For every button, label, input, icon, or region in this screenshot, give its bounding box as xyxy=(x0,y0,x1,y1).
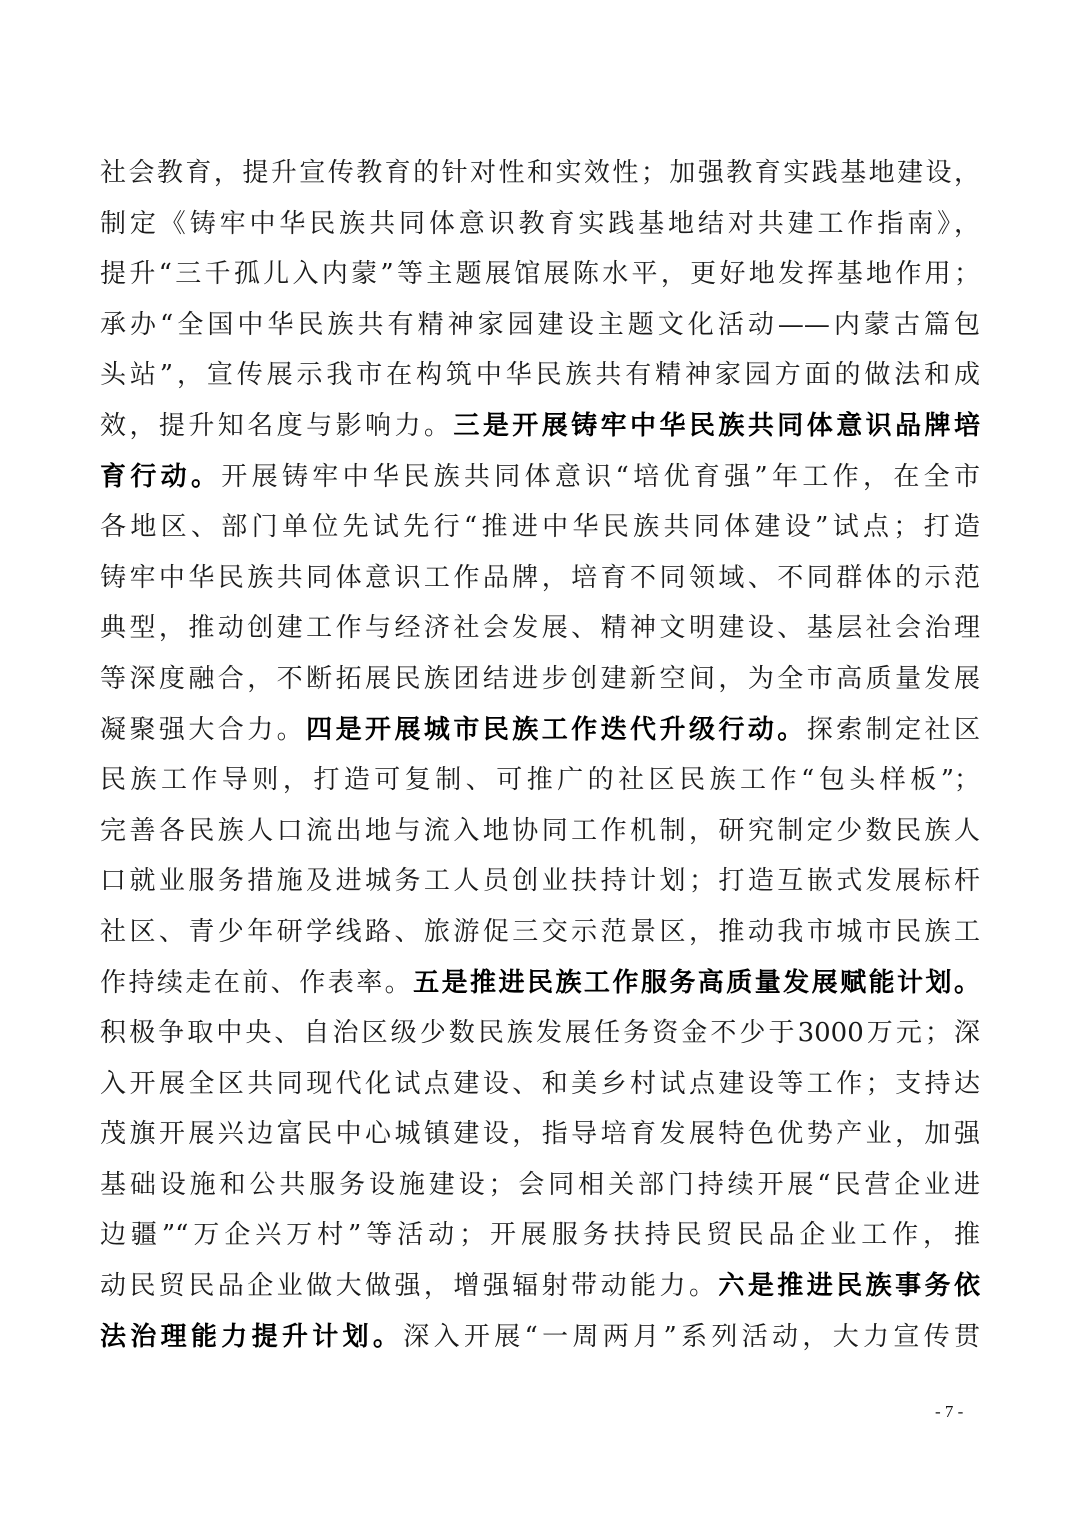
body-text-segment: 口就业服务措施及进城务工人员创业扶持计划；打造互嵌式发展标杆 xyxy=(100,866,980,896)
text-line: 口就业服务措施及进城务工人员创业扶持计划；打造互嵌式发展标杆 xyxy=(100,862,980,913)
text-line: 积极争取中央、自治区级少数民族发展任务资金不少于3000万元；深 xyxy=(100,1014,980,1065)
body-text-segment: 各地区、部门单位先试先行“推进中华民族共同体建设”试点；打造 xyxy=(100,512,980,542)
bold-heading-text: 三是开展铸牢中华民族共同体意识品牌培 xyxy=(453,411,980,441)
body-text-segment: 入开展全区共同现代化试点建设、和美乡村试点建设等工作；支持达 xyxy=(100,1069,980,1099)
text-line: 等深度融合，不断拓展民族团结进步创建新空间，为全市高质量发展 xyxy=(100,660,980,711)
text-line: 制定《铸牢中华民族共同体意识教育实践基地结对共建工作指南》， xyxy=(100,205,980,256)
text-line: 凝聚强大合力。四是开展城市民族工作迭代升级行动。探索制定社区 xyxy=(100,711,980,762)
text-line: 作持续走在前、作表率。五是推进民族工作服务高质量发展赋能计划。 xyxy=(100,964,980,1015)
bold-heading-text: 四是开展城市民族工作迭代升级行动。 xyxy=(306,715,807,745)
body-text-segment: 开展铸牢中华民族共同体意识“培优育强”年工作，在全市 xyxy=(221,462,980,492)
text-line: 动民贸民品企业做大做强，增强辐射带动能力。六是推进民族事务依 xyxy=(100,1267,980,1318)
body-text-segment: 社区、青少年研学线路、旅游促三交示范景区，推动我市城市民族工 xyxy=(100,917,980,947)
body-text-segment: 社会教育，提升宣传教育的针对性和实效性；加强教育实践基地建设， xyxy=(100,158,980,188)
text-line: 效，提升知名度与影响力。三是开展铸牢中华民族共同体意识品牌培 xyxy=(100,407,980,458)
body-text-segment: 动民贸民品企业做大做强，增强辐射带动能力。 xyxy=(100,1271,718,1301)
bold-heading-text: 育行动。 xyxy=(100,462,221,492)
text-line: 茂旗开展兴边富民中心城镇建设，指导培育发展特色优势产业，加强 xyxy=(100,1115,980,1166)
body-text-segment: 作持续走在前、作表率。 xyxy=(100,968,413,998)
body-text-segment: 制定《铸牢中华民族共同体意识教育实践基地结对共建工作指南》， xyxy=(100,209,980,239)
body-text-segment: 边疆”“万企兴万村”等活动；开展服务扶持民贸民品企业工作，推 xyxy=(100,1220,980,1250)
body-text-segment: 完善各民族人口流出地与流入地协同工作机制，研究制定少数民族人 xyxy=(100,816,980,846)
body-text-segment: 铸牢中华民族共同体意识工作品牌，培育不同领域、不同群体的示范 xyxy=(100,563,980,593)
document-page: 社会教育，提升宣传教育的针对性和实效性；加强教育实践基地建设，制定《铸牢中华民族… xyxy=(0,0,1075,1520)
text-line: 法治理能力提升计划。深入开展“一周两月”系列活动，大力宣传贯 xyxy=(100,1318,980,1369)
text-line: 各地区、部门单位先试先行“推进中华民族共同体建设”试点；打造 xyxy=(100,508,980,559)
body-text-segment: 典型，推动创建工作与经济社会发展、精神文明建设、基层社会治理 xyxy=(100,613,980,643)
body-text-segment: 凝聚强大合力。 xyxy=(100,715,306,745)
body-text-segment: 深入开展“一周两月”系列活动，大力宣传贯 xyxy=(403,1322,980,1352)
text-line: 铸牢中华民族共同体意识工作品牌，培育不同领域、不同群体的示范 xyxy=(100,559,980,610)
text-line: 社区、青少年研学线路、旅游促三交示范景区，推动我市城市民族工 xyxy=(100,913,980,964)
body-text-segment: 民族工作导则，打造可复制、可推广的社区民族工作“包头样板”； xyxy=(100,765,980,795)
page-number: - 7 - xyxy=(935,1402,963,1422)
text-line: 典型，推动创建工作与经济社会发展、精神文明建设、基层社会治理 xyxy=(100,609,980,660)
bold-heading-text: 六是推进民族事务依 xyxy=(718,1271,980,1301)
text-line: 基础设施和公共服务设施建设；会同相关部门持续开展“民营企业进 xyxy=(100,1166,980,1217)
body-text-segment: 茂旗开展兴边富民中心城镇建设，指导培育发展特色优势产业，加强 xyxy=(100,1119,980,1149)
bold-heading-text: 法治理能力提升计划。 xyxy=(100,1322,403,1352)
text-line: 提升“三千孤儿入内蒙”等主题展馆展陈水平，更好地发挥基地作用； xyxy=(100,255,980,306)
text-line: 边疆”“万企兴万村”等活动；开展服务扶持民贸民品企业工作，推 xyxy=(100,1216,980,1267)
body-text-segment: 头站”，宣传展示我市在构筑中华民族共有精神家园方面的做法和成 xyxy=(100,360,980,390)
body-text-segment: 探索制定社区 xyxy=(807,715,980,745)
text-line: 头站”，宣传展示我市在构筑中华民族共有精神家园方面的做法和成 xyxy=(100,356,980,407)
body-text-segment: 效，提升知名度与影响力。 xyxy=(100,411,453,441)
text-line: 入开展全区共同现代化试点建设、和美乡村试点建设等工作；支持达 xyxy=(100,1065,980,1116)
text-line: 育行动。开展铸牢中华民族共同体意识“培优育强”年工作，在全市 xyxy=(100,458,980,509)
body-text-segment: 承办“全国中华民族共有精神家园建设主题文化活动——内蒙古篇包 xyxy=(100,310,980,340)
text-line: 完善各民族人口流出地与流入地协同工作机制，研究制定少数民族人 xyxy=(100,812,980,863)
body-text-segment: 基础设施和公共服务设施建设；会同相关部门持续开展“民营企业进 xyxy=(100,1170,980,1200)
body-text-segment: 积极争取中央、自治区级少数民族发展任务资金不少于3000万元；深 xyxy=(100,1018,980,1048)
body-text-segment: 等深度融合，不断拓展民族团结进步创建新空间，为全市高质量发展 xyxy=(100,664,980,694)
text-line: 社会教育，提升宣传教育的针对性和实效性；加强教育实践基地建设， xyxy=(100,154,980,205)
body-text-segment: 提升“三千孤儿入内蒙”等主题展馆展陈水平，更好地发挥基地作用； xyxy=(100,259,980,289)
bold-heading-text: 五是推进民族工作服务高质量发展赋能计划。 xyxy=(413,968,980,998)
text-line: 民族工作导则，打造可复制、可推广的社区民族工作“包头样板”； xyxy=(100,761,980,812)
body-text: 社会教育，提升宣传教育的针对性和实效性；加强教育实践基地建设，制定《铸牢中华民族… xyxy=(100,154,980,1368)
text-line: 承办“全国中华民族共有精神家园建设主题文化活动——内蒙古篇包 xyxy=(100,306,980,357)
